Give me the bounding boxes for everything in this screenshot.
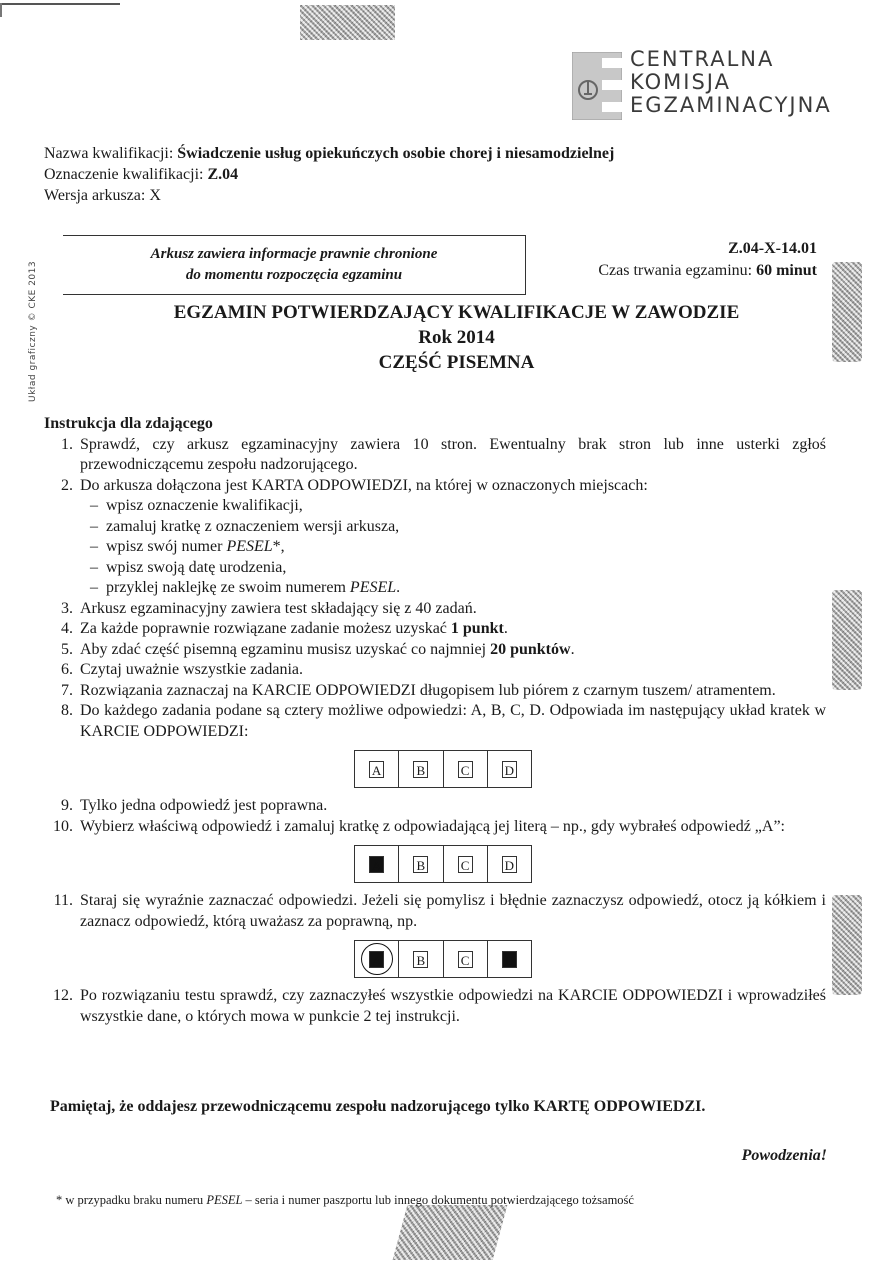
subitem-text: wpisz swój numer (106, 538, 226, 555)
security-seal-right-3 (832, 895, 862, 995)
title-line-3: CZĘŚĆ PISEMNA (0, 350, 893, 375)
item-text: Aby zdać część pisemną egzaminu musisz u… (80, 641, 490, 658)
item-number: 11. (44, 891, 80, 932)
grid-cell-b: B (399, 941, 443, 977)
footnote-text: * w przypadku braku numeru (56, 1193, 206, 1207)
answer-box: C (458, 856, 473, 873)
answer-box-filled: A (369, 856, 384, 873)
grid-cell-d: D (488, 941, 531, 977)
exam-code-block: Z.04-X-14.01 Czas trwania egzaminu: 60 m… (598, 238, 817, 282)
footnote-emphasis: PESEL (206, 1193, 242, 1207)
answer-box-filled: D (502, 951, 517, 968)
item-number: 9. (44, 796, 80, 817)
item-number: 3. (44, 599, 80, 620)
answer-box: D (502, 856, 517, 873)
answer-grid-example-select: A B C D (354, 845, 532, 883)
item-number: 2. (44, 476, 80, 497)
qualification-meta: Nazwa kwalifikacji: Świadczenie usług op… (44, 143, 614, 206)
item-suffix: . (571, 641, 575, 658)
item-text: Do każdego zadania podane są cztery możl… (80, 701, 826, 742)
exam-code: Z.04-X-14.01 (598, 238, 817, 260)
duration-value: 60 minut (756, 262, 817, 279)
instruction-item-7: 7. Rozwiązania zaznaczaj na KARCIE ODPOW… (44, 681, 826, 702)
scan-edge-line (0, 3, 120, 5)
qualification-name-row: Nazwa kwalifikacji: Świadczenie usług op… (44, 143, 614, 164)
grid-cell-d: D (488, 751, 531, 787)
item-number: 7. (44, 681, 80, 702)
version-label: Wersja arkusza: (44, 187, 145, 204)
grid-cell-a: A (355, 941, 399, 977)
item-text: Rozwiązania zaznaczaj na KARCIE ODPOWIED… (80, 681, 826, 702)
grid-cell-a: A (355, 846, 399, 882)
item-number: 8. (44, 701, 80, 742)
item-number: 12. (44, 986, 80, 1027)
subitem-suffix: *, (273, 538, 285, 555)
good-luck-text: Powodzenia! (742, 1147, 827, 1165)
item-text: Sprawdź, czy arkusz egzaminacyjny zawier… (80, 435, 826, 476)
qualification-code-label: Oznaczenie kwalifikacji: (44, 166, 203, 183)
instruction-item-10: 10. Wybierz właściwą odpowiedź i zamaluj… (44, 817, 826, 838)
item-number: 6. (44, 660, 80, 681)
answer-box: D (502, 761, 517, 778)
subitem-emphasis: PESEL (350, 579, 396, 596)
item-text: Do arkusza dołączona jest KARTA ODPOWIED… (80, 476, 826, 497)
security-seal-top (300, 5, 395, 40)
item-text: Wybierz właściwą odpowiedź i zamaluj kra… (80, 817, 826, 838)
item-number: 1. (44, 435, 80, 476)
item-number: 4. (44, 619, 80, 640)
subitem-text: wpisz oznaczenie kwalifikacji, (106, 497, 303, 514)
answer-box: B (413, 951, 428, 968)
subitem: –wpisz swój numer PESEL*, (44, 537, 826, 558)
notice-line-1: Arkusz zawiera informacje prawnie chroni… (151, 244, 438, 265)
scan-edge-tick (0, 3, 2, 17)
qualification-code: Z.04 (207, 166, 238, 183)
item-text: Po rozwiązaniu testu sprawdź, czy zaznac… (80, 986, 826, 1027)
answer-grid-example-correction: A B C D (354, 940, 532, 978)
version-row: Wersja arkusza: X (44, 185, 614, 206)
item-text: Staraj się wyraźnie zaznaczać odpowiedzi… (80, 891, 826, 932)
item-suffix: . (504, 620, 508, 637)
subitem: –zamaluj kratkę z oznaczeniem wersji ark… (44, 517, 826, 538)
confidential-notice: Arkusz zawiera informacje prawnie chroni… (63, 235, 526, 295)
item-number: 5. (44, 640, 80, 661)
answer-box: B (413, 761, 428, 778)
logo-line-3: EGZAMINACYJNA (630, 94, 832, 117)
cke-emblem-icon (572, 52, 622, 120)
item-text: Czytaj uważnie wszystkie zadania. (80, 660, 826, 681)
item-text: Arkusz egzaminacyjny zawiera test składa… (80, 599, 826, 620)
item-bold: 1 punkt (451, 620, 504, 637)
reminder-text: Pamiętaj, że oddajesz przewodniczącemu z… (50, 1098, 705, 1116)
instruction-item-2: 2. Do arkusza dołączona jest KARTA ODPOW… (44, 476, 826, 497)
version-value: X (149, 187, 161, 204)
item-text: Tylko jedna odpowiedź jest poprawna. (80, 796, 826, 817)
security-seal-bottom (393, 1205, 508, 1260)
answer-grid-blank: A B C D (354, 750, 532, 788)
answer-box: A (369, 761, 384, 778)
grid-cell-c: C (444, 941, 488, 977)
footnote: * w przypadku braku numeru PESEL – seria… (56, 1193, 634, 1208)
title-line-1: EGZAMIN POTWIERDZAJĄCY KWALIFIKACJE W ZA… (0, 300, 893, 325)
subitem-text: zamaluj kratkę z oznaczeniem wersji arku… (106, 518, 399, 535)
subitem: –wpisz swoją datę urodzenia, (44, 558, 826, 579)
security-seal-right-2 (832, 590, 862, 690)
answer-box: B (413, 856, 428, 873)
grid-cell-b: B (399, 846, 443, 882)
logo-text: CENTRALNA KOMISJA EGZAMINACYJNA (630, 48, 832, 117)
cke-logo: CENTRALNA KOMISJA EGZAMINACYJNA (572, 48, 832, 120)
grid-cell-d: D (488, 846, 531, 882)
duration-label: Czas trwania egzaminu: (598, 262, 752, 279)
item-number: 10. (44, 817, 80, 838)
subitem-text: przyklej naklejkę ze swoim numerem (106, 579, 350, 596)
instructions: Instrukcja dla zdającego 1. Sprawdź, czy… (44, 414, 826, 1027)
instruction-item-5: 5. Aby zdać część pisemną egzaminu musis… (44, 640, 826, 661)
logo-line-1: CENTRALNA (630, 48, 832, 71)
instruction-item-1: 1. Sprawdź, czy arkusz egzaminacyjny zaw… (44, 435, 826, 476)
item-text: Za każde poprawnie rozwiązane zadanie mo… (80, 620, 451, 637)
answer-box: C (458, 761, 473, 778)
subitem-text: wpisz swoją datę urodzenia, (106, 559, 286, 576)
exam-title: EGZAMIN POTWIERDZAJĄCY KWALIFIKACJE W ZA… (0, 300, 893, 375)
subitem: –wpisz oznaczenie kwalifikacji, (44, 496, 826, 517)
instructions-heading: Instrukcja dla zdającego (44, 414, 826, 435)
item-bold: 20 punktów (490, 641, 570, 658)
instruction-item-9: 9. Tylko jedna odpowiedź jest poprawna. (44, 796, 826, 817)
qualification-name-label: Nazwa kwalifikacji: (44, 145, 173, 162)
answer-box: C (458, 951, 473, 968)
grid-cell-b: B (399, 751, 443, 787)
grid-cell-c: C (444, 846, 488, 882)
notice-line-2: do momentu rozpoczęcia egzaminu (186, 265, 402, 286)
instruction-item-12: 12. Po rozwiązaniu testu sprawdź, czy za… (44, 986, 826, 1027)
instruction-item-3: 3. Arkusz egzaminacyjny zawiera test skł… (44, 599, 826, 620)
correction-circle-icon (361, 943, 393, 975)
title-line-2: Rok 2014 (0, 325, 893, 350)
logo-line-2: KOMISJA (630, 71, 832, 94)
exam-duration: Czas trwania egzaminu: 60 minut (598, 260, 817, 282)
subitem-suffix: . (396, 579, 400, 596)
subitem: –przyklej naklejkę ze swoim numerem PESE… (44, 578, 826, 599)
subitem-emphasis: PESEL (226, 538, 272, 555)
instruction-item-6: 6. Czytaj uważnie wszystkie zadania. (44, 660, 826, 681)
instruction-item-4: 4. Za każde poprawnie rozwiązane zadanie… (44, 619, 826, 640)
instruction-item-11: 11. Staraj się wyraźnie zaznaczać odpowi… (44, 891, 826, 932)
footnote-suffix: – seria i numer paszportu lub innego dok… (242, 1193, 634, 1207)
grid-cell-c: C (444, 751, 488, 787)
grid-cell-a: A (355, 751, 399, 787)
qualification-code-row: Oznaczenie kwalifikacji: Z.04 (44, 164, 614, 185)
qualification-name: Świadczenie usług opiekuńczych osobie ch… (177, 145, 614, 162)
instruction-item-8: 8. Do każdego zadania podane są cztery m… (44, 701, 826, 742)
